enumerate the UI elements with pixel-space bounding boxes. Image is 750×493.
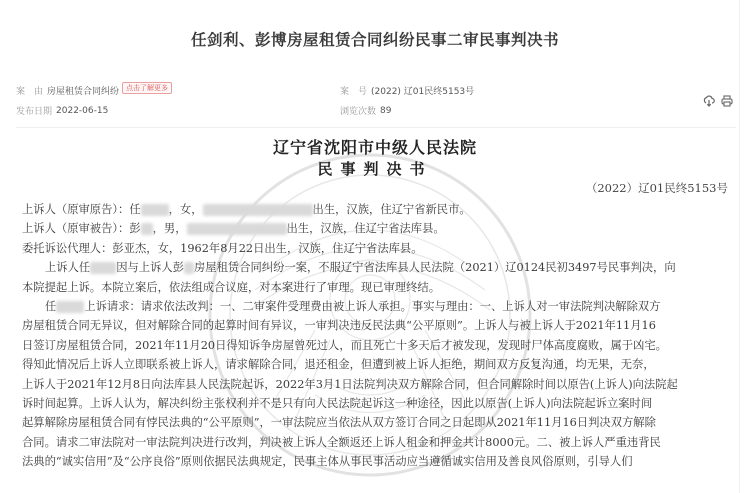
court-name: 辽宁省沈阳市中级人民法院 xyxy=(0,135,750,158)
paragraph-line: 起算解除房屋租赁合同有悖民法典的“公平原则”，一审法院应当依法从双方签订合同之日… xyxy=(22,413,728,432)
view-count-label: 浏览次数 xyxy=(340,104,376,117)
publish-date-label: 发布日期 xyxy=(16,104,52,117)
judgment-body: 上诉人（原审原告）：任，女，出生，汉族，住辽宁省新民市。 上诉人（原审被告）：彭… xyxy=(22,200,728,471)
cause-row: 案 由 房屋租赁合同纠纷 点击了解更多 xyxy=(16,84,172,97)
learn-more-badge[interactable]: 点击了解更多 xyxy=(122,82,172,94)
download-icon[interactable] xyxy=(702,94,716,108)
view-count-row: 浏览次数 89 xyxy=(340,104,391,117)
case-number-row: 案 号 (2022) 辽01民终5153号 xyxy=(340,84,474,97)
paragraph-line: 上诉人任因与上诉人彭房屋租赁合同纠纷一案，不服辽宁省法库县人民法院（2021）辽… xyxy=(22,258,728,277)
redacted-birthdate xyxy=(203,204,313,216)
metadata-divider xyxy=(16,127,736,128)
case-number-value: (2022) 辽01民终5153号 xyxy=(371,84,474,97)
paragraph-line: 上诉人于2021年12月8日向法库县人民法院起诉，2022年3月1日法院判决双方… xyxy=(22,375,728,394)
agent-line: 委托诉讼代理人：彭亚杰，女，1962年8月22日出生，汉族，住辽宁省法库县。 xyxy=(22,239,728,258)
document-type: 民事判决书 xyxy=(0,158,750,179)
paragraph-line: 房屋租赁合同无异议，但对解除合同的起算时间有异议，一审判决违反民法典“公平原则”… xyxy=(22,316,728,335)
party-line: 上诉人（原审原告）：任，女，出生，汉族，住辽宁省新民市。 xyxy=(22,200,728,219)
scrollbar-track[interactable] xyxy=(739,0,740,493)
document-title: 任剑利、彭博房屋租赁合同纠纷民事二审民事判决书 xyxy=(0,28,750,50)
redacted-name xyxy=(141,204,169,216)
redacted-name xyxy=(141,223,153,235)
view-count-value: 89 xyxy=(380,106,391,116)
redacted-name xyxy=(90,262,116,274)
paragraph-line: 任上诉请求：请求依法改判：一、二审案件受理费由被上诉人承担。事实与理由：一、上诉… xyxy=(22,297,728,316)
document-tools xyxy=(702,94,734,108)
redacted-birthdate xyxy=(187,223,287,235)
redacted-name xyxy=(56,301,84,313)
paragraph-line: 法典的“诚实信用”及“公序良俗”原则依据民法典规定，民事主体从事民事活动应当遵循… xyxy=(22,452,728,471)
print-icon[interactable] xyxy=(720,94,734,108)
judgment-page: 任剑利、彭博房屋租赁合同纠纷民事二审民事判决书 案 由 房屋租赁合同纠纷 点击了… xyxy=(0,0,750,493)
metadata-panel: 案 由 房屋租赁合同纠纷 点击了解更多 案 号 (2022) 辽01民终5153… xyxy=(0,80,740,130)
party-line: 上诉人（原审被告）：彭，男，出生，汉族，住辽宁省法库县。 xyxy=(22,219,728,238)
paragraph-line: 本院提起上诉。本院立案后，依法组成合议庭，对本案进行了审理。现已审理终结。 xyxy=(22,278,728,297)
redacted-name xyxy=(184,262,194,274)
publish-date-row: 发布日期 2022-06-15 xyxy=(16,104,108,117)
case-reference: （2022）辽01民终5153号 xyxy=(586,180,728,196)
paragraph-line: 日签订房屋租赁合同，2021年11月20日得知诉争房屋曾死过人，而且死亡十多天后… xyxy=(22,336,728,355)
paragraph-line: 诉时间起算。上诉人认为，解决纠纷主张权利并不是只有向人民法院起诉这一种途径，因此… xyxy=(22,394,728,413)
cause-label: 案 由 xyxy=(16,84,43,97)
case-number-label: 案 号 xyxy=(340,84,367,97)
paragraph-line: 合同。请求二审法院对一审法院判决进行改判，判决被上诉人全额返还上诉人租金和押金共… xyxy=(22,433,728,452)
cause-value: 房屋租赁合同纠纷 xyxy=(47,84,119,97)
paragraph-line: 得知此情况后上诉人立即联系被上诉人，请求解除合同，退还租金，但遭到被上诉人拒绝，… xyxy=(22,355,728,374)
publish-date-value: 2022-06-15 xyxy=(56,106,108,116)
